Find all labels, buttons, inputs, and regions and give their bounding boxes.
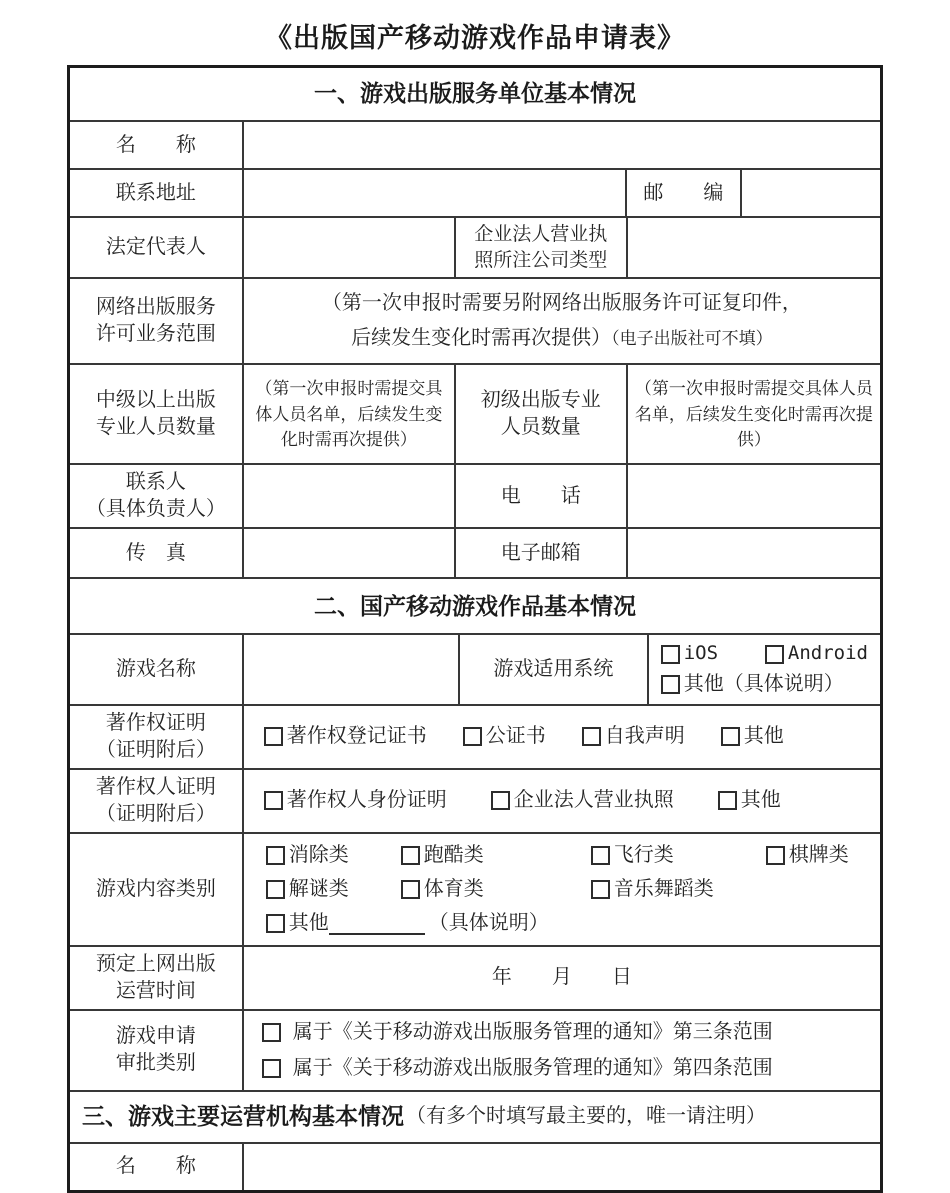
checkbox-icon[interactable] (264, 727, 283, 746)
operator-name-row: 名 称 (70, 1142, 880, 1190)
section1-header-row: 一、游戏出版服务单位基本情况 (70, 68, 880, 120)
checkbox-option-android[interactable]: Android (765, 641, 868, 667)
network-scope-note-line1: （第一次申报时需要另附网络出版服务许可证复印件， (322, 290, 802, 317)
fax-input-cell[interactable] (242, 529, 454, 577)
category-options-line2: 解谜类 体育类 音乐舞蹈类 (266, 876, 880, 903)
category-options-cell: 消除类 跑酷类 飞行类 棋牌类 解谜类 体育类 音乐舞蹈类 其他 （具体说明） (242, 834, 880, 945)
option-label: 飞行类 (614, 842, 674, 869)
checkbox-option-music-dance[interactable]: 音乐舞蹈类 (591, 876, 714, 903)
platform-option-label: 其他（具体说明） (684, 671, 844, 698)
checkbox-icon[interactable] (661, 645, 680, 664)
phone-input-cell[interactable] (626, 465, 880, 527)
checkbox-option-parkour[interactable]: 跑酷类 (401, 842, 591, 869)
checkbox-option-business-license[interactable]: 企业法人营业执照 (491, 787, 674, 814)
checkbox-option-elimination[interactable]: 消除类 (266, 842, 401, 869)
section1-title: 一、游戏出版服务单位基本情况 (70, 68, 880, 120)
checkbox-option-platform-other[interactable]: 其他（具体说明） (661, 671, 844, 698)
approval-label: 游戏申请 审批类别 (70, 1011, 242, 1090)
approval-row: 游戏申请 审批类别 属于《关于移动游戏出版服务管理的通知》第三条范围 属于《关于… (70, 1009, 880, 1090)
application-form-table: 一、游戏出版服务单位基本情况 名 称 联系地址 邮 编 法定代表人 企业法人营业… (67, 65, 883, 1193)
category-options-line3: 其他 （具体说明） (266, 910, 880, 937)
checkbox-icon[interactable] (591, 880, 610, 899)
copyright-proof-label: 著作权证明 （证明附后） (70, 706, 242, 768)
fax-label: 传 真 (70, 529, 242, 577)
contact-row: 联系人 （具体负责人） 电 话 (70, 463, 880, 527)
contact-input-cell[interactable] (242, 465, 454, 527)
operator-name-label: 名 称 (70, 1144, 242, 1190)
legal-rep-input-cell[interactable] (242, 218, 454, 277)
mid-level-staff-label: 中级以上出版 专业人员数量 (70, 365, 242, 463)
option-label: 其他 (741, 787, 781, 814)
platform-option-label: Android (788, 641, 868, 667)
checkbox-icon[interactable] (262, 1059, 281, 1078)
checkbox-option-puzzle[interactable]: 解谜类 (266, 876, 401, 903)
option-label: 音乐舞蹈类 (614, 876, 714, 903)
option-label: 棋牌类 (789, 842, 849, 869)
option-label: 跑酷类 (424, 842, 484, 869)
form-sheet: 《出版国产移动游戏作品申请表》 一、游戏出版服务单位基本情况 名 称 联系地址 … (0, 0, 950, 1193)
unit-name-label: 名 称 (70, 122, 242, 168)
checkbox-icon[interactable] (401, 846, 420, 865)
checkbox-option-self-declaration[interactable]: 自我声明 (582, 723, 685, 750)
owner-proof-label: 著作权人证明 （证明附后） (70, 770, 242, 832)
junior-staff-label: 初级出版专业 人员数量 (454, 365, 626, 463)
schedule-input-cell[interactable]: 年 月 日 (242, 947, 880, 1009)
option-label: 属于《关于移动游戏出版服务管理的通知》第三条范围 (293, 1019, 773, 1046)
checkbox-icon[interactable] (262, 1023, 281, 1042)
checkbox-icon[interactable] (463, 727, 482, 746)
platform-options-cell: iOS Android 其他（具体说明） (647, 635, 880, 704)
category-label: 游戏内容类别 (70, 834, 242, 945)
platform-options-line2: 其他（具体说明） (661, 671, 868, 698)
schedule-label: 预定上网出版 运营时间 (70, 947, 242, 1009)
checkbox-icon[interactable] (401, 880, 420, 899)
copyright-options-cell: 著作权登记证书 公证书 自我声明 其他 (242, 706, 880, 768)
checkbox-option-article4[interactable]: 属于《关于移动游戏出版服务管理的通知》第四条范围 (262, 1055, 880, 1082)
legal-rep-row: 法定代表人 企业法人营业执 照所注公司类型 (70, 216, 880, 277)
checkbox-icon[interactable] (721, 727, 740, 746)
network-scope-row: 网络出版服务 许可业务范围 （第一次申报时需要另附网络出版服务许可证复印件， 后… (70, 277, 880, 363)
checkbox-option-sports[interactable]: 体育类 (401, 876, 591, 903)
checkbox-icon[interactable] (582, 727, 601, 746)
checkbox-option-owner-other[interactable]: 其他 (718, 787, 781, 814)
junior-staff-input-cell[interactable]: （第一次申报时需提交具体人员名单，后续发生变化时需再次提供） (626, 365, 880, 463)
category-other-blank-input[interactable] (329, 911, 425, 935)
option-label: 属于《关于移动游戏出版服务管理的通知》第四条范围 (293, 1055, 773, 1082)
platform-option-label: iOS (684, 641, 718, 667)
option-label: 体育类 (424, 876, 484, 903)
section3-title-cell: 三、游戏主要运营机构基本情况 （有多个时填写最主要的，唯一请注明） (70, 1092, 880, 1142)
category-other-suffix: （具体说明） (429, 910, 549, 937)
checkbox-icon[interactable] (766, 846, 785, 865)
company-type-input-cell[interactable] (626, 218, 880, 277)
unit-name-row: 名 称 (70, 120, 880, 168)
postcode-label: 邮 编 (625, 170, 740, 216)
unit-name-input-cell[interactable] (242, 122, 880, 168)
form-title: 《出版国产移动游戏作品申请表》 (0, 16, 950, 55)
checkbox-icon[interactable] (661, 675, 680, 694)
publishing-staff-row: 中级以上出版 专业人员数量 （第一次申报时需提交具体人员名单，后续发生变化时需再… (70, 363, 880, 463)
address-input-cell[interactable] (242, 170, 625, 216)
postcode-input-cell[interactable] (740, 170, 880, 216)
checkbox-option-ios[interactable]: iOS (661, 641, 718, 667)
legal-rep-label: 法定代表人 (70, 218, 242, 277)
checkbox-option-category-other[interactable]: 其他 (266, 910, 329, 937)
checkbox-icon[interactable] (264, 791, 283, 810)
option-label: 自我声明 (605, 723, 685, 750)
schedule-row: 预定上网出版 运营时间 年 月 日 (70, 945, 880, 1009)
email-input-cell[interactable] (626, 529, 880, 577)
approval-options-cell: 属于《关于移动游戏出版服务管理的通知》第三条范围 属于《关于移动游戏出版服务管理… (242, 1011, 880, 1090)
checkbox-icon[interactable] (765, 645, 784, 664)
section3-title-note: （有多个时填写最主要的，唯一请注明） (406, 1103, 766, 1130)
checkbox-option-article3[interactable]: 属于《关于移动游戏出版服务管理的通知》第三条范围 (262, 1019, 880, 1046)
checkbox-option-copyright-cert[interactable]: 著作权登记证书 (264, 723, 427, 750)
option-label: 著作权登记证书 (287, 723, 427, 750)
section2-title: 二、国产移动游戏作品基本情况 (70, 579, 880, 633)
network-scope-label: 网络出版服务 许可业务范围 (70, 279, 242, 363)
option-label: 消除类 (289, 842, 349, 869)
company-type-label: 企业法人营业执 照所注公司类型 (454, 218, 626, 277)
checkbox-option-board-card[interactable]: 棋牌类 (766, 842, 849, 869)
mid-level-staff-input-cell[interactable]: （第一次申报时需提交具体人员名单，后续发生变化时需再次提供） (242, 365, 454, 463)
option-label: 解谜类 (289, 876, 349, 903)
owner-options-cell: 著作权人身份证明 企业法人营业执照 其他 (242, 770, 880, 832)
owner-proof-row: 著作权人证明 （证明附后） 著作权人身份证明 企业法人营业执照 其他 (70, 768, 880, 832)
network-scope-input-cell[interactable]: （第一次申报时需要另附网络出版服务许可证复印件， 后续发生变化时需再次提供）（电… (242, 279, 880, 363)
email-label: 电子邮箱 (454, 529, 626, 577)
checkbox-icon[interactable] (718, 791, 737, 810)
checkbox-icon[interactable] (491, 791, 510, 810)
category-options-line1: 消除类 跑酷类 飞行类 棋牌类 (266, 842, 880, 869)
phone-label: 电 话 (454, 465, 626, 527)
section2-header-row: 二、国产移动游戏作品基本情况 (70, 577, 880, 633)
option-label: 其他 (744, 723, 784, 750)
copyright-proof-row: 著作权证明 （证明附后） 著作权登记证书 公证书 自我声明 其他 (70, 704, 880, 768)
contact-label: 联系人 （具体负责人） (70, 465, 242, 527)
checkbox-option-flying[interactable]: 飞行类 (591, 842, 766, 869)
checkbox-icon[interactable] (591, 846, 610, 865)
game-name-row: 游戏名称 游戏适用系统 iOS Android 其他（具体说明） (70, 633, 880, 704)
platform-label: 游戏适用系统 (458, 635, 647, 704)
checkbox-option-copyright-other[interactable]: 其他 (721, 723, 784, 750)
checkbox-icon[interactable] (266, 846, 285, 865)
section3-header-row: 三、游戏主要运营机构基本情况 （有多个时填写最主要的，唯一请注明） (70, 1090, 880, 1142)
game-name-input-cell[interactable] (242, 635, 458, 704)
section3-title: 三、游戏主要运营机构基本情况 (82, 1101, 404, 1132)
operator-name-input-cell[interactable] (242, 1144, 880, 1190)
network-scope-note-line2-main: 后续发生变化时需再次提供） (351, 327, 611, 349)
option-label: 企业法人营业执照 (514, 787, 674, 814)
platform-options-line1: iOS Android (661, 641, 868, 667)
network-scope-note-line2-sub: （电子出版社可不填） (611, 329, 773, 348)
option-label: 其他 (289, 910, 329, 937)
network-scope-note-line2: 后续发生变化时需再次提供）（电子出版社可不填） (351, 325, 773, 352)
option-label: 著作权人身份证明 (287, 787, 447, 814)
option-label: 公证书 (486, 723, 546, 750)
game-name-label: 游戏名称 (70, 635, 242, 704)
category-row: 游戏内容类别 消除类 跑酷类 飞行类 棋牌类 解谜类 体育类 音乐舞蹈类 其他 … (70, 832, 880, 945)
address-label: 联系地址 (70, 170, 242, 216)
checkbox-icon[interactable] (266, 914, 285, 933)
checkbox-icon[interactable] (266, 880, 285, 899)
checkbox-option-owner-id[interactable]: 著作权人身份证明 (264, 787, 447, 814)
checkbox-option-notarial-cert[interactable]: 公证书 (463, 723, 546, 750)
address-row: 联系地址 邮 编 (70, 168, 880, 216)
fax-row: 传 真 电子邮箱 (70, 527, 880, 577)
